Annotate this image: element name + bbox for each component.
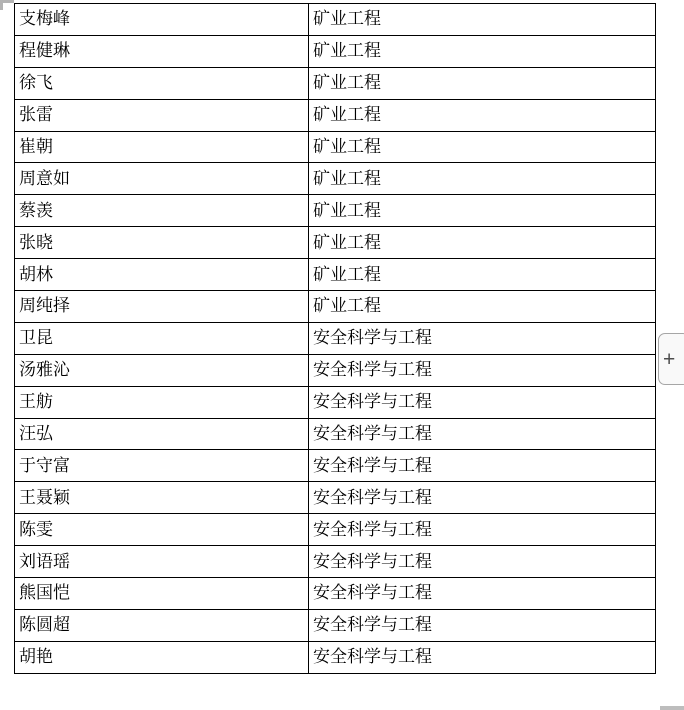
table-row: 王舫 安全科学与工程 bbox=[15, 386, 656, 418]
major-cell[interactable]: 矿业工程 bbox=[309, 4, 656, 36]
table-row: 支梅峰 矿业工程 bbox=[15, 4, 656, 36]
name-cell[interactable]: 王舫 bbox=[15, 386, 309, 418]
table-row: 刘语瑶 安全科学与工程 bbox=[15, 546, 656, 578]
table-row: 徐飞 矿业工程 bbox=[15, 67, 656, 99]
table-row: 汪弘 安全科学与工程 bbox=[15, 418, 656, 450]
name-cell[interactable]: 王聂颖 bbox=[15, 482, 309, 514]
table-row: 陈雯 安全科学与工程 bbox=[15, 514, 656, 546]
table-row: 崔朝 矿业工程 bbox=[15, 131, 656, 163]
major-cell[interactable]: 安全科学与工程 bbox=[309, 514, 656, 546]
plus-icon: + bbox=[663, 349, 675, 370]
name-cell[interactable]: 张雷 bbox=[15, 99, 309, 131]
name-cell[interactable]: 于守富 bbox=[15, 450, 309, 482]
table-row: 程健琳 矿业工程 bbox=[15, 35, 656, 67]
table-row: 张雷 矿业工程 bbox=[15, 99, 656, 131]
name-cell[interactable]: 刘语瑶 bbox=[15, 546, 309, 578]
add-button[interactable]: + bbox=[658, 333, 684, 385]
table-row: 蔡羡 矿业工程 bbox=[15, 195, 656, 227]
table-row: 周意如 矿业工程 bbox=[15, 163, 656, 195]
major-cell[interactable]: 安全科学与工程 bbox=[309, 482, 656, 514]
major-cell[interactable]: 安全科学与工程 bbox=[309, 578, 656, 610]
table-row: 卫昆 安全科学与工程 bbox=[15, 322, 656, 354]
name-cell[interactable]: 张晓 bbox=[15, 227, 309, 259]
table-row: 陈圆超 安全科学与工程 bbox=[15, 609, 656, 641]
table-row: 熊国恺 安全科学与工程 bbox=[15, 578, 656, 610]
major-cell[interactable]: 安全科学与工程 bbox=[309, 322, 656, 354]
table-row: 于守富 安全科学与工程 bbox=[15, 450, 656, 482]
name-cell[interactable]: 陈圆超 bbox=[15, 609, 309, 641]
table-row: 胡艳 安全科学与工程 bbox=[15, 641, 656, 673]
major-cell[interactable]: 安全科学与工程 bbox=[309, 386, 656, 418]
name-cell[interactable]: 卫昆 bbox=[15, 322, 309, 354]
name-cell[interactable]: 崔朝 bbox=[15, 131, 309, 163]
name-cell[interactable]: 汪弘 bbox=[15, 418, 309, 450]
major-cell[interactable]: 安全科学与工程 bbox=[309, 354, 656, 386]
table-row: 周纯择 矿业工程 bbox=[15, 291, 656, 323]
major-cell[interactable]: 安全科学与工程 bbox=[309, 546, 656, 578]
table-row: 胡林 矿业工程 bbox=[15, 259, 656, 291]
major-cell[interactable]: 安全科学与工程 bbox=[309, 418, 656, 450]
major-cell[interactable]: 矿业工程 bbox=[309, 259, 656, 291]
major-cell[interactable]: 矿业工程 bbox=[309, 131, 656, 163]
major-cell[interactable]: 安全科学与工程 bbox=[309, 450, 656, 482]
name-cell[interactable]: 熊国恺 bbox=[15, 578, 309, 610]
scrollbar-fragment-left bbox=[0, 0, 3, 10]
major-cell[interactable]: 安全科学与工程 bbox=[309, 609, 656, 641]
name-cell[interactable]: 汤雅沁 bbox=[15, 354, 309, 386]
table-body: 支梅峰 矿业工程 程健琳 矿业工程 徐飞 矿业工程 张雷 矿业工程 崔朝 矿业工… bbox=[15, 4, 656, 674]
name-cell[interactable]: 周纯择 bbox=[15, 291, 309, 323]
name-cell[interactable]: 蔡羡 bbox=[15, 195, 309, 227]
table-row: 王聂颖 安全科学与工程 bbox=[15, 482, 656, 514]
name-cell[interactable]: 胡林 bbox=[15, 259, 309, 291]
name-cell[interactable]: 支梅峰 bbox=[15, 4, 309, 36]
name-cell[interactable]: 周意如 bbox=[15, 163, 309, 195]
roster-table: 支梅峰 矿业工程 程健琳 矿业工程 徐飞 矿业工程 张雷 矿业工程 崔朝 矿业工… bbox=[14, 3, 656, 674]
name-cell[interactable]: 陈雯 bbox=[15, 514, 309, 546]
major-cell[interactable]: 矿业工程 bbox=[309, 67, 656, 99]
major-cell[interactable]: 矿业工程 bbox=[309, 35, 656, 67]
major-cell[interactable]: 矿业工程 bbox=[309, 99, 656, 131]
name-cell[interactable]: 徐飞 bbox=[15, 67, 309, 99]
name-cell[interactable]: 程健琳 bbox=[15, 35, 309, 67]
name-cell[interactable]: 胡艳 bbox=[15, 641, 309, 673]
scrollbar-fragment-bottom-right[interactable] bbox=[660, 706, 684, 710]
major-cell[interactable]: 矿业工程 bbox=[309, 227, 656, 259]
major-cell[interactable]: 安全科学与工程 bbox=[309, 641, 656, 673]
table-row: 汤雅沁 安全科学与工程 bbox=[15, 354, 656, 386]
editor-viewport: 支梅峰 矿业工程 程健琳 矿业工程 徐飞 矿业工程 张雷 矿业工程 崔朝 矿业工… bbox=[0, 0, 684, 710]
table-row: 张晓 矿业工程 bbox=[15, 227, 656, 259]
major-cell[interactable]: 矿业工程 bbox=[309, 291, 656, 323]
major-cell[interactable]: 矿业工程 bbox=[309, 163, 656, 195]
major-cell[interactable]: 矿业工程 bbox=[309, 195, 656, 227]
